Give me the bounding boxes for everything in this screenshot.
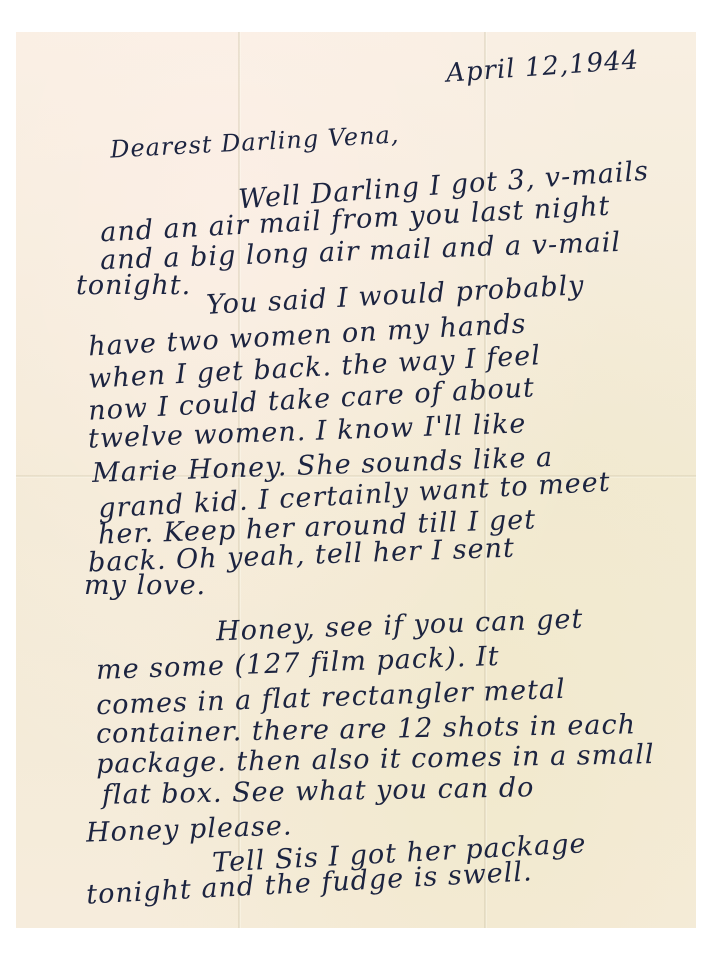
letter-salutation: Dearest Darling Vena,	[110, 122, 400, 161]
letter-line: Honey, see if you can get	[216, 606, 584, 646]
letter-line: You said I would probably	[206, 272, 586, 319]
letter-line: my love.	[84, 572, 206, 599]
letter-date: April 12,1944	[445, 47, 640, 86]
letter-line: flat box. See what you can do	[102, 774, 535, 809]
letter-line: tonight.	[76, 272, 191, 299]
letter-line: package. then also it comes in a small	[96, 741, 655, 778]
letter-line: Honey please.	[86, 812, 293, 846]
letter-page: April 12,1944 Dearest Darling Vena, Well…	[16, 32, 696, 928]
